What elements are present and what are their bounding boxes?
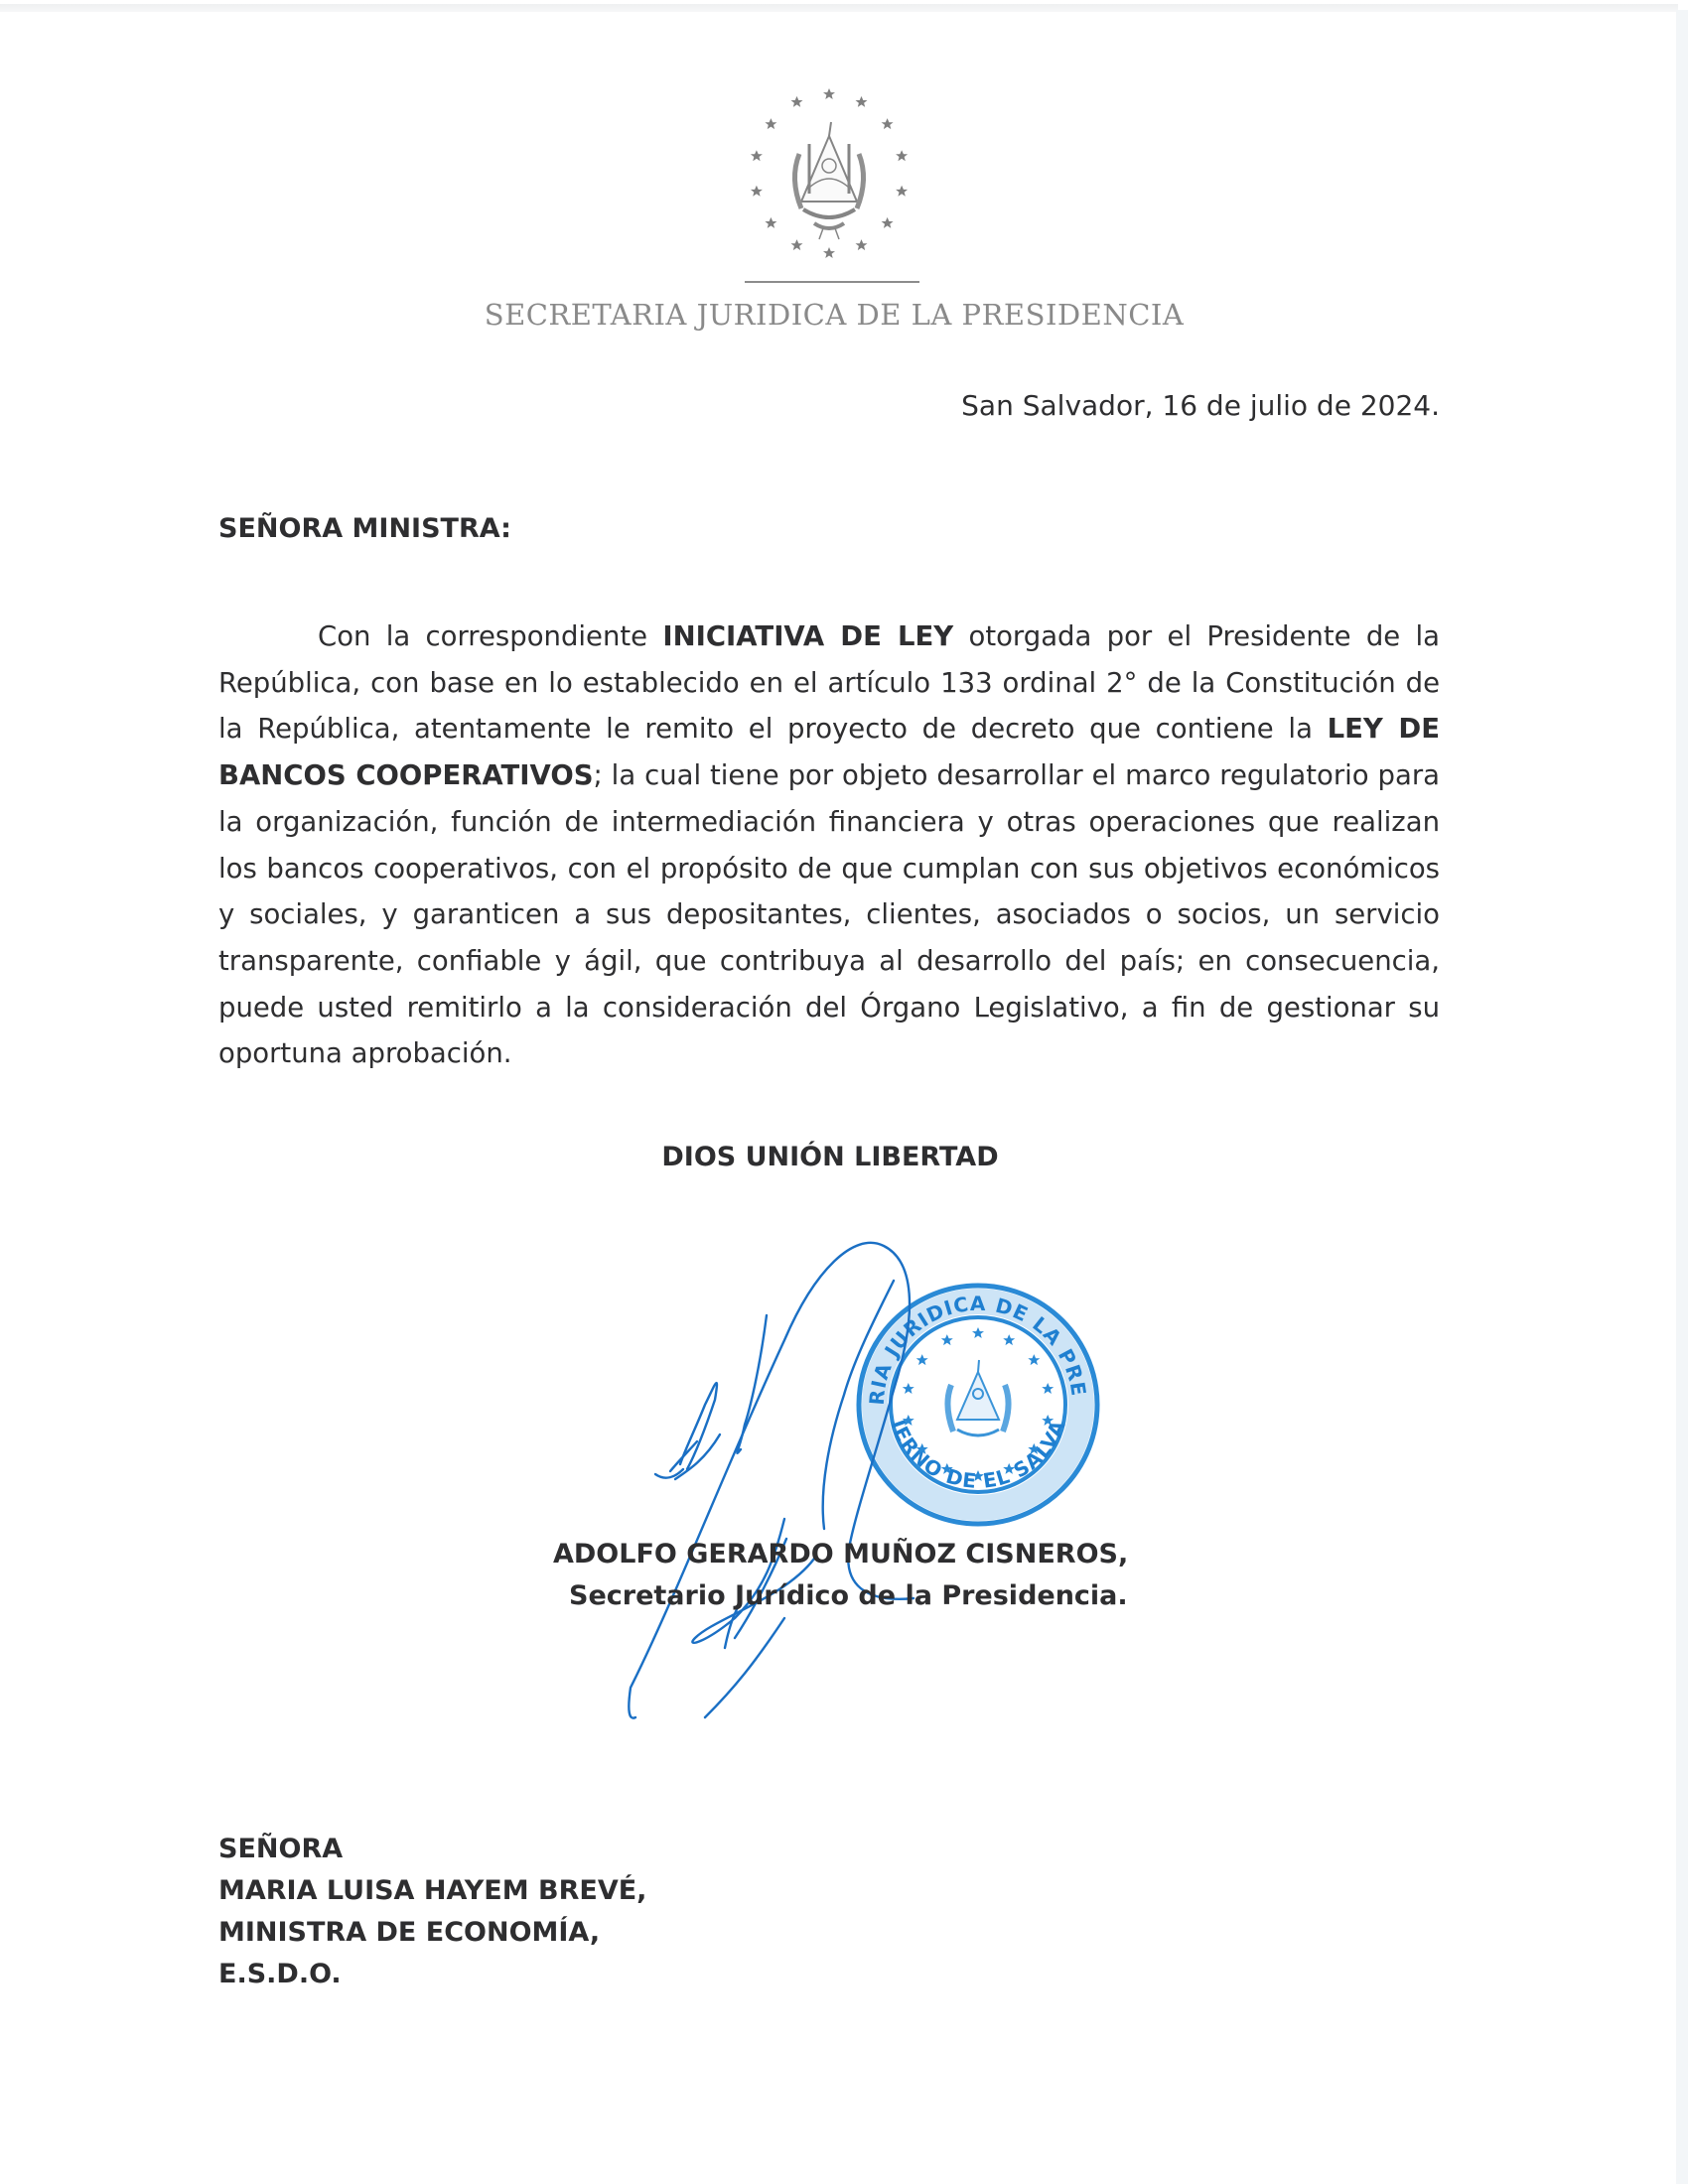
letterhead-title: SECRETARIA JURIDICA DE LA PRESIDENCIA	[0, 298, 1668, 332]
signer-title: Secretario Jurídico de la Presidencia.	[569, 1580, 1128, 1611]
official-seal-icon: SECRETARIA JURIDICA DE LA PRESIDENCIA GO…	[854, 1281, 1102, 1529]
addressee-block: SEÑORA MARIA LUISA HAYEM BREVÉ, MINISTRA…	[218, 1829, 646, 1995]
addressee-honorific: SEÑORA	[218, 1829, 646, 1870]
date-line: San Salvador, 16 de julio de 2024.	[961, 389, 1440, 422]
salutation: SEÑORA MINISTRA:	[218, 513, 511, 544]
body-text: Con la correspondiente	[318, 620, 662, 652]
scan-edge-right	[1676, 10, 1688, 2184]
scan-edge-top	[0, 4, 1678, 12]
body-text: ; la cual tiene por objeto desarrollar e…	[218, 759, 1440, 1069]
addressee-name: MARIA LUISA HAYEM BREVÉ,	[218, 1870, 646, 1912]
letterhead-divider	[745, 281, 919, 283]
body-paragraph: Con la correspondiente INICIATIVA DE LEY…	[218, 614, 1440, 1077]
addressee-position: MINISTRA DE ECONOMÍA,	[218, 1912, 646, 1954]
national-motto: DIOS UNIÓN LIBERTAD	[0, 1142, 1660, 1172]
el-salvador-coat-of-arms-icon	[740, 84, 918, 263]
addressee-delivery-note: E.S.D.O.	[218, 1954, 646, 1995]
bold-phrase: INICIATIVA DE LEY	[662, 620, 953, 652]
signer-name: ADOLFO GERARDO MUÑOZ CISNEROS,	[553, 1539, 1128, 1570]
